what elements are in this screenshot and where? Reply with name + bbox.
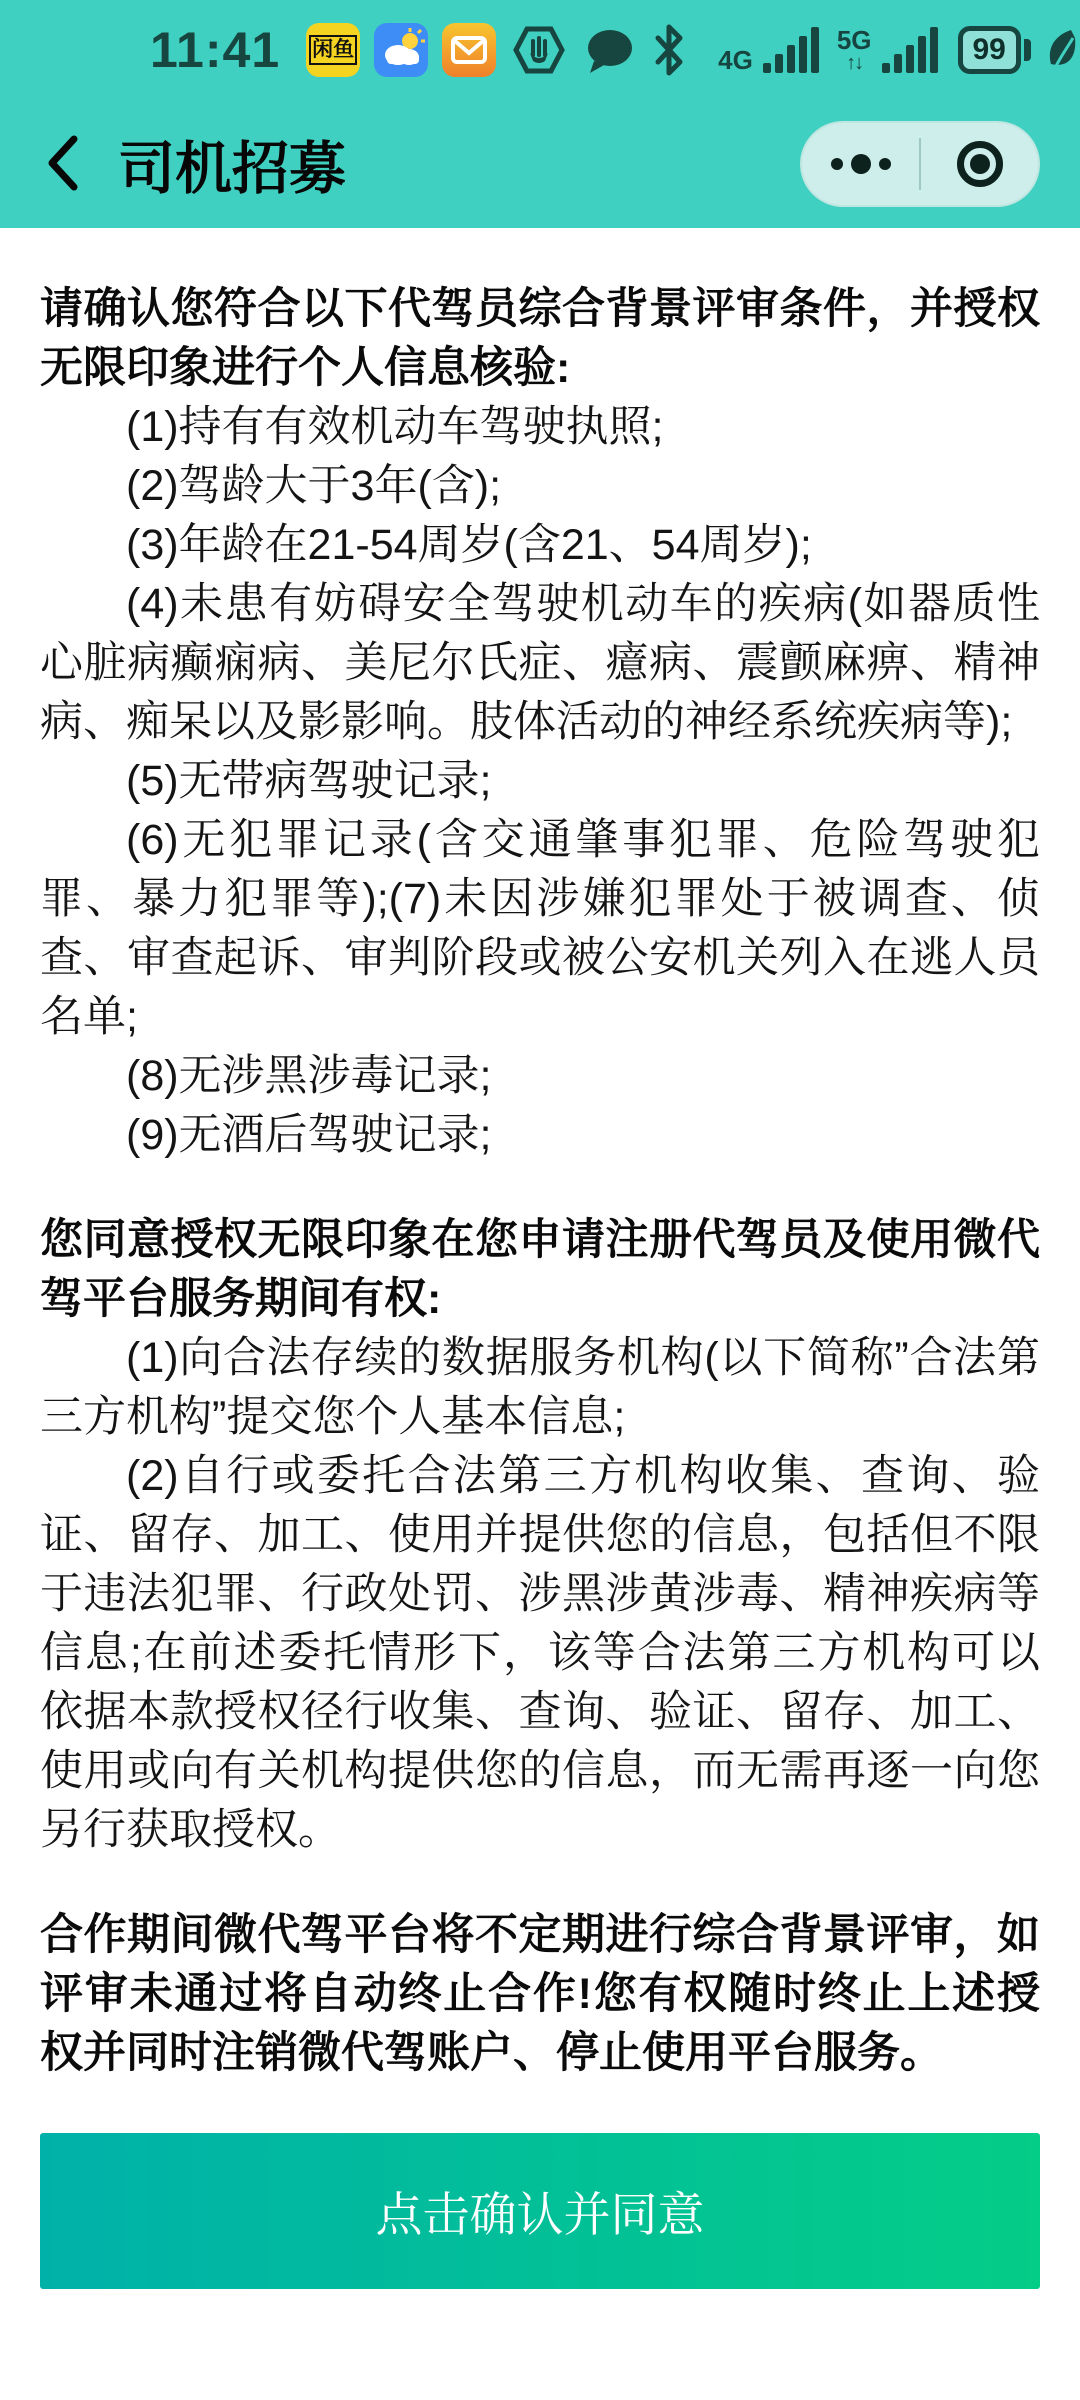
back-button[interactable] xyxy=(40,131,84,198)
driver-recruit-screen: 11:41 闲鱼 xyxy=(0,0,1080,2400)
page-title: 司机招募 xyxy=(118,123,800,205)
status-bar: 11:41 闲鱼 xyxy=(0,0,1080,100)
condition-item: (5)无带病驾驶记录; xyxy=(40,752,1040,811)
status-bar-right: 4G 5G ↑↓ 99 xyxy=(650,23,1080,77)
network-4g-label: 4G xyxy=(718,47,753,73)
miniprogram-capsule xyxy=(800,121,1040,207)
xianyu-app-icon: 闲鱼 xyxy=(306,23,360,77)
condition-item: (8)无涉黑涉毒记录; xyxy=(40,1047,1040,1106)
more-options-button[interactable] xyxy=(802,123,919,205)
signal-5g-icon: 5G ↑↓ xyxy=(837,27,938,73)
condition-item: (9)无酒后驾驶记录; xyxy=(40,1106,1040,1165)
signal-4g-icon: 4G xyxy=(718,27,819,73)
condition-item: (3)年龄在21-54周岁(含21、54周岁); xyxy=(40,516,1040,575)
top-bar: 11:41 闲鱼 xyxy=(0,0,1080,228)
xianyu-label: 闲鱼 xyxy=(309,35,357,64)
condition-item: (6)无犯罪记录(含交通肇事犯罪、危险驾驶犯罪、暴力犯罪等);(7)未因涉嫌犯罪… xyxy=(40,811,1040,1047)
battery-level: 99 xyxy=(973,33,1006,67)
authorization-heading: 您同意授权无限印象在您申请注册代驾员及使用微代驾平台服务期间有权: xyxy=(40,1211,1040,1329)
battery-icon: 99 xyxy=(958,26,1031,74)
data-arrows: ↑↓ xyxy=(846,53,862,73)
confirm-agree-button[interactable]: 点击确认并同意 xyxy=(40,2133,1040,2289)
status-bar-left: 11:41 闲鱼 xyxy=(150,21,650,79)
power-save-leaf-icon xyxy=(1041,24,1080,76)
condition-item: (2)驾龄大于3年(含); xyxy=(40,457,1040,516)
condition-item: (4)未患有妨碍安全驾驶机动车的疾病(如器质性心脏病癫痫病、美尼尔氏症、癔病、震… xyxy=(40,575,1040,752)
nav-bar: 司机招募 xyxy=(0,100,1080,228)
agreement-heading: 请确认您符合以下代驾员综合背景评审条件，并授权无限印象进行个人信息核验: xyxy=(40,280,1040,398)
condition-item: (1)持有有效机动车驾驶执照; xyxy=(40,398,1040,457)
chat-bubble-icon xyxy=(580,21,638,79)
mail-app-icon xyxy=(442,23,496,77)
permission-hand-icon xyxy=(510,21,568,79)
agreement-text: 请确认您符合以下代驾员综合背景评审条件，并授权无限印象进行个人信息核验: (1)… xyxy=(0,228,1080,2083)
authorization-item: (2)自行或委托合法第三方机构收集、查询、验证、留存、加工、使用并提供您的信息，… xyxy=(40,1447,1040,1860)
termination-notice: 合作期间微代驾平台将不定期进行综合背景评审，如评审未通过将自动终止合作!您有权随… xyxy=(40,1906,1040,2083)
bluetooth-icon xyxy=(650,23,688,77)
clock: 11:41 xyxy=(150,21,280,79)
weather-app-icon xyxy=(374,23,428,77)
circle-target-icon xyxy=(957,141,1003,187)
network-5g-label: 5G xyxy=(837,27,872,53)
authorization-item: (1)向合法存续的数据服务机构(以下简称”合法第三方机构”提交您个人基本信息; xyxy=(40,1329,1040,1447)
chevron-left-icon xyxy=(40,131,84,198)
ellipsis-icon xyxy=(831,154,891,174)
exit-miniprogram-button[interactable] xyxy=(921,123,1038,205)
